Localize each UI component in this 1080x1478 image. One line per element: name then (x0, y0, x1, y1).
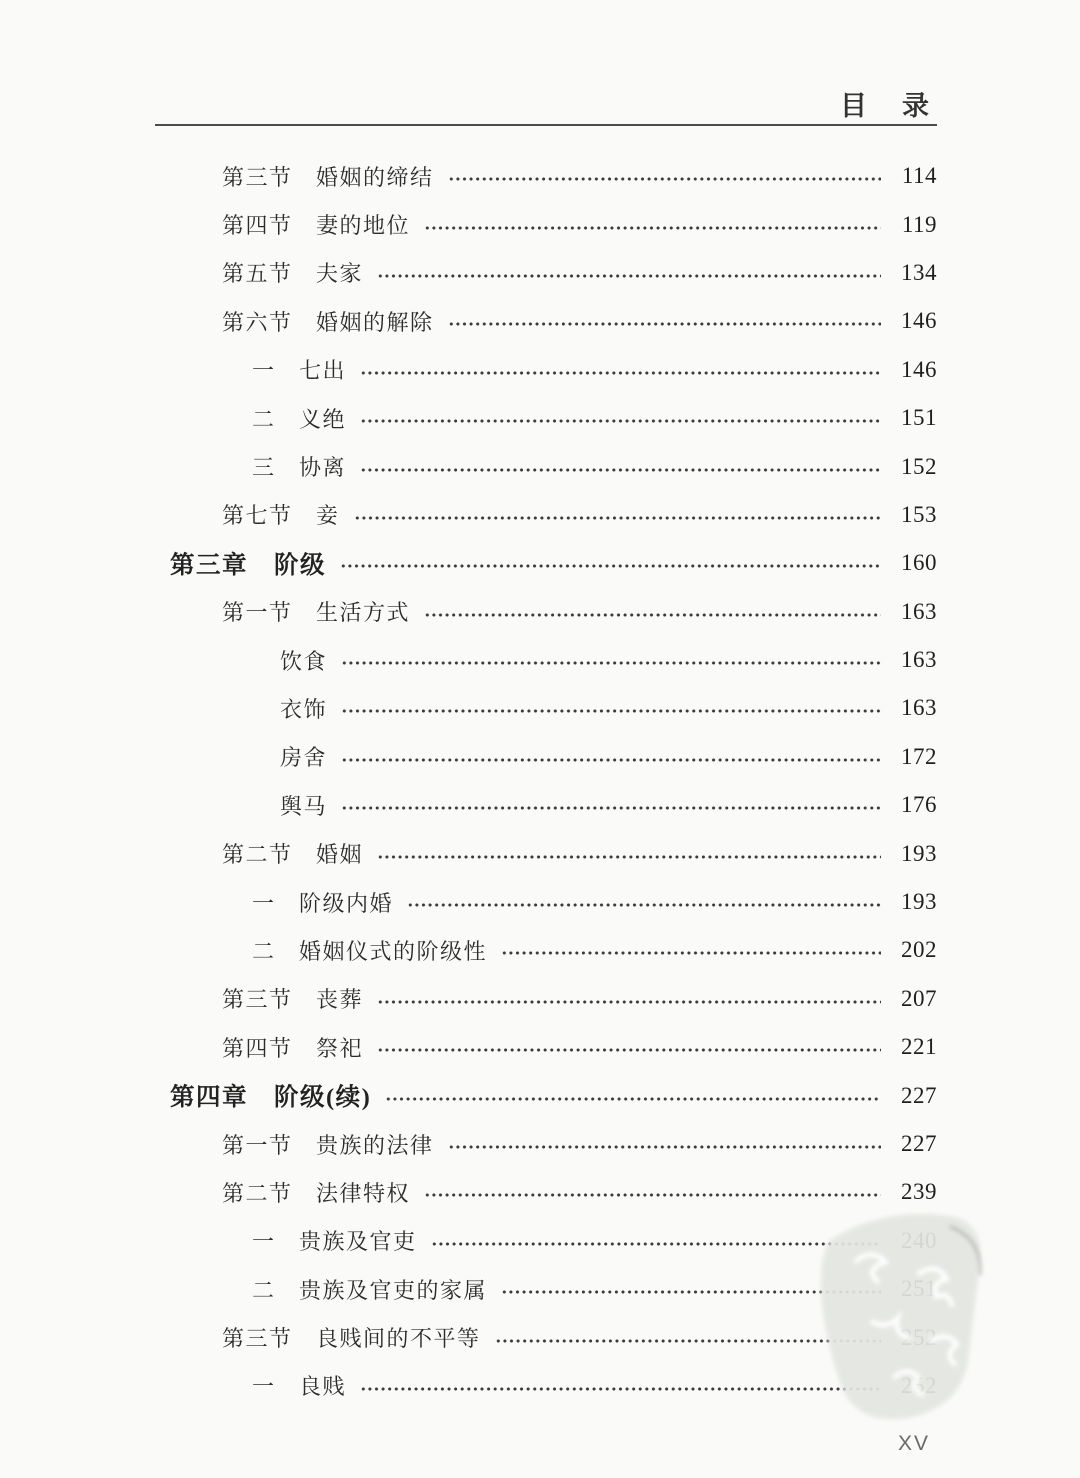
toc-entry-label: 第一节 贵族的法律 (222, 1129, 434, 1160)
toc-entry-row: 房舍 172 (155, 733, 937, 781)
toc-entry-page: 193 (891, 841, 937, 867)
toc-entry-row: 第三节 婚姻的缔结 114 (155, 152, 937, 200)
toc-entry-label: 一 良贱 (252, 1370, 346, 1401)
toc-entry-label: 第三节 良贱间的不平等 (222, 1322, 481, 1353)
toc-entry-row: 一 良贱 252 (155, 1362, 937, 1410)
header-rule (155, 124, 937, 126)
dot-leader (354, 512, 881, 524)
toc-entry-row: 第四章 阶级(续) 227 (155, 1071, 937, 1119)
toc-entry-label: 第五节 夫家 (222, 257, 363, 288)
toc-entry-row: 第三节 良贱间的不平等 252 (155, 1313, 937, 1361)
toc-entry-page: 221 (891, 1034, 937, 1060)
toc-entry-label: 二 义绝 (252, 403, 346, 434)
toc-entry-page: 160 (891, 550, 937, 576)
toc-entry-page: 163 (891, 599, 937, 625)
toc-entry-page: 193 (891, 889, 937, 915)
toc-entry-label: 三 协离 (252, 451, 346, 482)
dot-leader (448, 173, 881, 185)
toc-entry-label: 第六节 婚姻的解除 (222, 306, 434, 337)
toc-entry-page: 151 (891, 405, 937, 431)
toc-entry-row: 第二节 法律特权 239 (155, 1168, 937, 1216)
toc-entry-page: 146 (891, 357, 937, 383)
dot-leader (341, 754, 881, 766)
toc-entry-row: 第一节 生活方式 163 (155, 588, 937, 636)
toc-entry-page: 227 (891, 1083, 937, 1109)
toc-entry-label: 一 七出 (252, 354, 346, 385)
toc-entry-page: 251 (891, 1276, 937, 1302)
toc-entry-label: 舆马 (280, 790, 327, 821)
dot-leader (448, 318, 881, 330)
dot-leader (341, 802, 881, 814)
dot-leader (377, 270, 881, 282)
toc-entry-label: 第四节 祭祀 (222, 1032, 363, 1063)
dot-leader (424, 222, 881, 234)
toc-entry-page: 119 (891, 212, 937, 238)
dot-leader (501, 1286, 881, 1298)
toc-entry-row: 第三节 丧葬 207 (155, 975, 937, 1023)
toc-entry-row: 第五节 夫家 134 (155, 249, 937, 297)
scanned-book-page: 目 录 第三节 婚姻的缔结 114 第四节 妻的地位 119 第五节 夫家 13… (0, 0, 1080, 1478)
dot-leader (341, 657, 881, 669)
table-of-contents: 第三节 婚姻的缔结 114 第四节 妻的地位 119 第五节 夫家 134 第六… (155, 152, 937, 1410)
dot-leader (377, 996, 881, 1008)
toc-entry-row: 一 阶级内婚 193 (155, 878, 937, 926)
toc-entry-row: 一 七出 146 (155, 346, 937, 394)
toc-entry-row: 第一节 贵族的法律 227 (155, 1120, 937, 1168)
toc-entry-row: 第七节 妾 153 (155, 491, 937, 539)
dot-leader (407, 899, 881, 911)
toc-entry-page: 240 (891, 1228, 937, 1254)
toc-entry-label: 第三章 阶级 (170, 546, 326, 581)
toc-entry-page: 146 (891, 308, 937, 334)
dot-leader (377, 1044, 881, 1056)
toc-entry-row: 二 婚姻仪式的阶级性 202 (155, 926, 937, 974)
toc-entry-page: 114 (891, 163, 937, 189)
page-title: 目 录 (155, 84, 937, 123)
toc-entry-label: 二 贵族及官吏的家属 (252, 1274, 487, 1305)
toc-entry-label: 第四章 阶级(续) (170, 1078, 371, 1113)
dot-leader (360, 367, 881, 379)
toc-entry-label: 衣饰 (280, 693, 327, 724)
dot-leader (360, 464, 881, 476)
toc-entry-page: 227 (891, 1131, 937, 1157)
toc-entry-page: 172 (891, 744, 937, 770)
toc-entry-label: 第四节 妻的地位 (222, 209, 410, 240)
dot-leader (341, 705, 881, 717)
toc-entry-row: 衣饰 163 (155, 684, 937, 732)
toc-entry-label: 第一节 生活方式 (222, 596, 410, 627)
toc-entry-page: 239 (891, 1179, 937, 1205)
toc-entry-page: 152 (891, 454, 937, 480)
dot-leader (360, 1383, 881, 1395)
toc-entry-label: 饮食 (280, 645, 327, 676)
toc-entry-label: 第三节 婚姻的缔结 (222, 161, 434, 192)
toc-entry-page: 163 (891, 695, 937, 721)
toc-entry-row: 一 贵族及官吏 240 (155, 1217, 937, 1265)
toc-entry-row: 舆马 176 (155, 781, 937, 829)
toc-entry-label: 一 阶级内婚 (252, 887, 393, 918)
dot-leader (377, 851, 881, 863)
toc-entry-row: 二 贵族及官吏的家属 251 (155, 1265, 937, 1313)
dot-leader (448, 1141, 881, 1153)
toc-entry-row: 第二节 婚姻 193 (155, 829, 937, 877)
toc-entry-page: 153 (891, 502, 937, 528)
toc-entry-page: 207 (891, 986, 937, 1012)
toc-entry-label: 第三节 丧葬 (222, 983, 363, 1014)
toc-entry-row: 饮食 163 (155, 636, 937, 684)
dot-leader (340, 560, 881, 572)
toc-entry-row: 第四节 祭祀 221 (155, 1023, 937, 1071)
toc-entry-label: 第七节 妾 (222, 499, 340, 530)
dot-leader (360, 415, 881, 427)
dot-leader (431, 1238, 881, 1250)
toc-entry-row: 第六节 婚姻的解除 146 (155, 297, 937, 345)
toc-entry-row: 二 义绝 151 (155, 394, 937, 442)
toc-entry-label: 房舍 (280, 741, 327, 772)
toc-entry-page: 252 (891, 1325, 937, 1351)
toc-entry-page: 176 (891, 792, 937, 818)
toc-entry-page: 252 (891, 1373, 937, 1399)
dot-leader (424, 1189, 881, 1201)
dot-leader (424, 609, 881, 621)
toc-entry-page: 202 (891, 937, 937, 963)
toc-entry-label: 二 婚姻仪式的阶级性 (252, 935, 487, 966)
toc-entry-row: 第四节 妻的地位 119 (155, 200, 937, 248)
dot-leader (495, 1335, 881, 1347)
toc-entry-row: 第三章 阶级 160 (155, 539, 937, 587)
toc-entry-page: 134 (891, 260, 937, 286)
page-number: XV (898, 1432, 930, 1456)
toc-entry-page: 163 (891, 647, 937, 673)
toc-entry-label: 一 贵族及官吏 (252, 1225, 417, 1256)
toc-entry-label: 第二节 婚姻 (222, 838, 363, 869)
toc-entry-row: 三 协离 152 (155, 442, 937, 490)
toc-entry-label: 第二节 法律特权 (222, 1177, 410, 1208)
dot-leader (501, 947, 881, 959)
dot-leader (385, 1093, 881, 1105)
